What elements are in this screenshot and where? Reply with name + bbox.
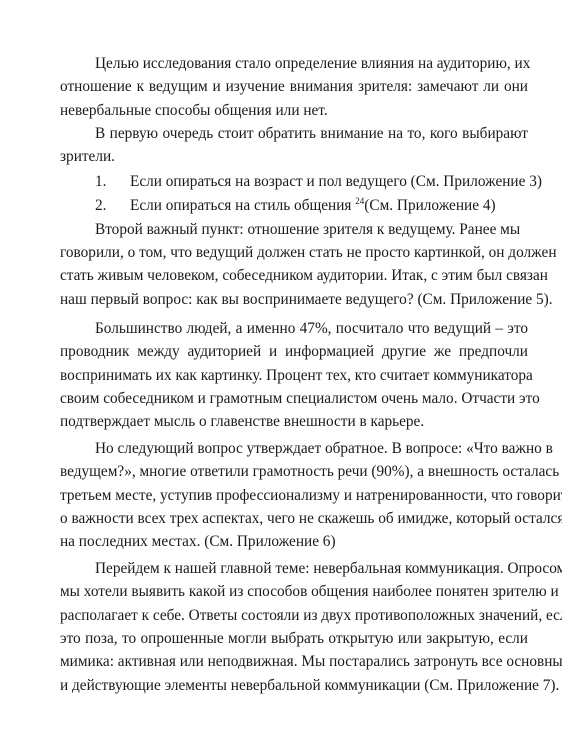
text-line: проводник между аудиторией и информацией… [60, 340, 528, 363]
text-line: и действующие элементы невербальной комм… [60, 674, 528, 697]
text-line: Перейдем к нашей главной теме: невербаль… [95, 557, 528, 580]
text-line: ведущем?», многие ответили грамотность р… [60, 460, 528, 483]
text-line: своим собеседником и грамотным специалис… [60, 387, 528, 410]
text-line: воспринимать их как картинку. Процент те… [60, 364, 528, 387]
text-line: зрители. [60, 145, 528, 168]
text-line: стать живым человеком, собеседником ауди… [60, 264, 528, 287]
text-line: мимика: активная или неподвижная. Мы пос… [60, 650, 528, 673]
text-line: В первую очередь стоит обратить внимание… [95, 122, 528, 145]
document-page: Целью исследования стало определение вли… [0, 0, 562, 738]
text-line: на последних местах. (См. Приложение 6) [60, 530, 528, 553]
list-text-after: (См. Приложение 4) [364, 197, 495, 214]
text-line: говорили, о том, что ведущий должен стат… [60, 241, 528, 264]
text-line: наш первый вопрос: как вы воспринимаете … [60, 288, 528, 311]
list-text-before: Если опираться на стиль общения [130, 197, 355, 214]
text-line: располагает к себе. Ответы состояли из д… [60, 604, 528, 627]
list-text: Если опираться на возраст и пол ведущего… [130, 170, 542, 193]
text-line: это поза, то опрошенные могли выбрать от… [60, 627, 528, 650]
footnote-reference[interactable]: 24 [355, 196, 364, 206]
text-line: невербальные способы общения или нет. [60, 99, 528, 122]
text-line: Второй важный пункт: отношение зрителя к… [95, 218, 528, 241]
text-line: Большинство людей, а именно 47%, посчита… [95, 317, 528, 340]
text-line: мы хотели выявить какой из способов обще… [60, 580, 528, 603]
text-line: подтверждает мысль о главенстве внешност… [60, 410, 528, 433]
text-line: Целью исследования стало определение вли… [95, 52, 528, 75]
list-number: 1. [95, 170, 106, 193]
text-line: третьем месте, уступив профессионализму … [60, 484, 528, 507]
list-number: 2. [95, 194, 106, 217]
text-line: Но следующий вопрос утверждает обратное.… [95, 437, 528, 460]
text-line: о важности всех трех аспектах, чего не с… [60, 507, 528, 530]
text-line: отношение к ведущим и изучение внимания … [60, 75, 528, 98]
list-text: Если опираться на стиль общения 24(См. П… [130, 194, 496, 217]
